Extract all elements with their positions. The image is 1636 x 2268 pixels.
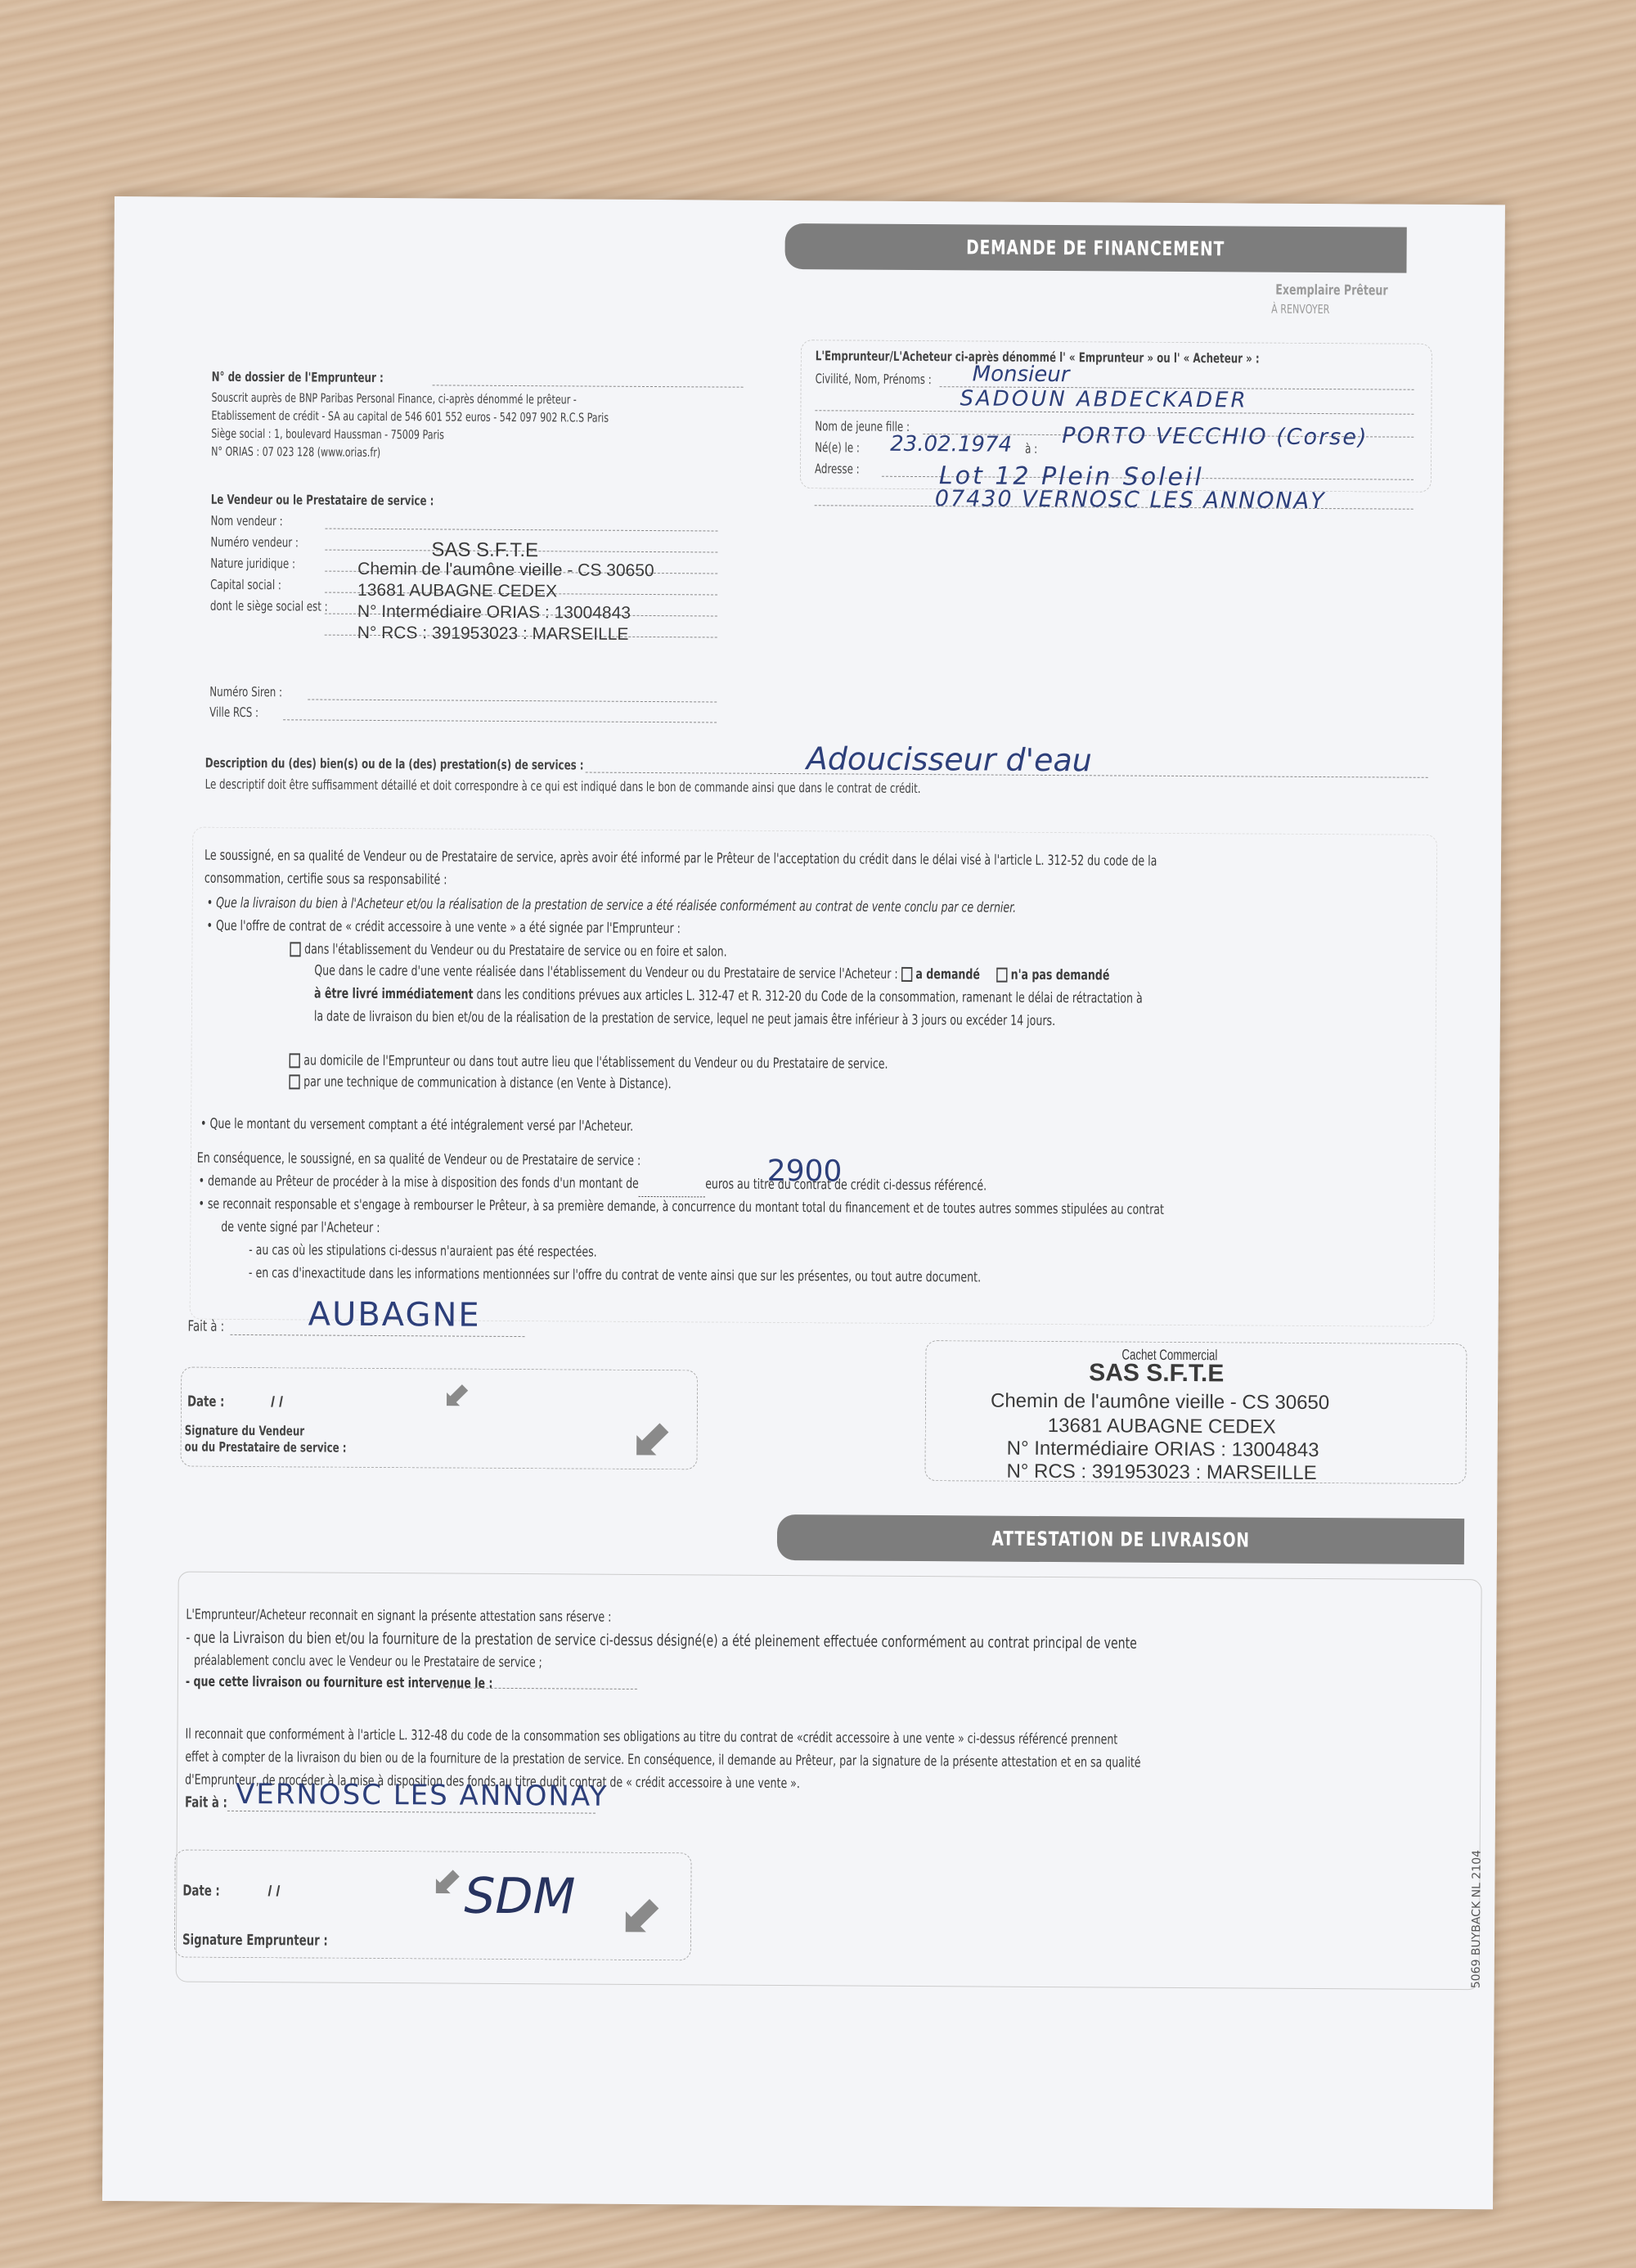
document-page: DEMANDE DE FINANCEMENT Exemplaire Prêteu… [102, 196, 1505, 2209]
vendor-field-label: dont le siège social est : [210, 598, 328, 614]
siren-field[interactable] [308, 699, 717, 702]
dossier-label: N° de dossier de l'Emprunteur : [212, 369, 384, 385]
document-title: DEMANDE DE FINANCEMENT [967, 236, 1225, 260]
description-value: Adoucisseur d'eau [807, 740, 1092, 778]
checkbox-distance[interactable] [289, 1074, 299, 1089]
lender-line-4: N° ORIAS : 07 023 128 (www.orias.fr) [211, 444, 380, 460]
description-label: Description du (des) bien(s) ou de la (d… [205, 755, 584, 773]
vendor-field-value: N° RCS : 391953023 : MARSEILLE [357, 623, 629, 645]
borrower-date-value[interactable]: / / [267, 1883, 280, 1900]
vendor-date-label: Date : [187, 1393, 225, 1411]
option1-sub3: la date de livraison du bien et/ou de la… [314, 1005, 1055, 1034]
vendor-date-value[interactable]: / / [271, 1393, 283, 1411]
lender-line-2: Etablissement de crédit - SA au capital … [211, 408, 609, 425]
checkbox-establishment[interactable] [290, 942, 300, 956]
borrower-made-at-label: Fait à : [185, 1794, 227, 1811]
borrower-signature-label: Signature Emprunteur : [182, 1932, 328, 1950]
siren-label: Numéro Siren : [209, 684, 282, 700]
vendor-field-value: Chemin de l'aumône vieille - CS 30650 [357, 560, 654, 581]
stamp-address-2: 13681 AUBAGNE CEDEX [1048, 1415, 1276, 1439]
option-distance: par une technique de communication à dis… [289, 1069, 671, 1096]
borrower-made-at-value: VERNOSC LES ANNONAY [236, 1778, 608, 1813]
vendor-field-input[interactable] [326, 529, 718, 532]
vendor-field-label: Capital social : [210, 577, 281, 593]
vendor-made-at-field[interactable] [231, 1334, 525, 1337]
checkbox-asked[interactable] [901, 967, 912, 982]
description-note: Le descriptif doit être suffisamment dét… [205, 776, 921, 796]
checkbox-domicile[interactable] [289, 1053, 299, 1068]
cert-intro-2: consommation, certifie sous sa responsab… [204, 866, 447, 893]
name-value: SADOUN ABDECKADER [960, 386, 1247, 412]
vendor-field-label: Nature juridique : [210, 556, 295, 572]
civility-value: Monsieur [973, 362, 1070, 387]
lender-line-3: Siège social : 1, boulevard Haussman - 7… [211, 426, 444, 443]
borrower-date-label: Date : [182, 1883, 220, 1900]
cert-bullet-2: • Que l'offre de contrat de « crédit acc… [206, 914, 681, 942]
case-2: - en cas d'inexactitude dans les informa… [249, 1261, 981, 1289]
stamp-rcs: N° RCS : 391953023 : MARSEILLE [1006, 1460, 1316, 1485]
liability-2: de vente signé par l'Acheteur : [221, 1215, 380, 1240]
sign-here-arrow-icon: ⬋ [443, 1376, 470, 1414]
born-date-value: 23.02.1974 [890, 432, 1012, 457]
sign-here-arrow-icon: ⬋ [631, 1411, 672, 1468]
vendor-field-value: SAS S.F.T.E [431, 538, 538, 562]
address-label: Adresse : [815, 461, 860, 476]
stamp-company: SAS S.F.T.E [1089, 1359, 1224, 1388]
vendor-heading: Le Vendeur ou le Prestataire de service … [211, 492, 434, 509]
lender-line-1: Souscrit auprès de BNP Paribas Personal … [211, 390, 576, 407]
stamp-address-1: Chemin de l'aumône vieille - CS 30650 [991, 1390, 1329, 1415]
cert-bullet-3: • Que le montant du versement comptant a… [200, 1112, 633, 1139]
rcs-label: Ville RCS : [209, 704, 258, 720]
attestation-item-2: - que cette livraison ou fourniture est … [186, 1670, 493, 1696]
born-place-value: PORTO VECCHIO (Corse) [1062, 423, 1368, 450]
born-label: Né(e) le : [815, 439, 860, 455]
title-banner: DEMANDE DE FINANCEMENT [784, 223, 1406, 273]
attestation-title: ATTESTATION DE LIVRAISON [991, 1528, 1250, 1552]
vendor-made-at-label: Fait à : [188, 1318, 225, 1335]
vendor-signature-label-2: ou du Prestataire de service : [185, 1439, 347, 1456]
sign-here-arrow-icon: ⬋ [431, 1861, 461, 1902]
address-value-2: 07430 VERNOSC LES ANNONAY [935, 486, 1326, 514]
side-code: 5069 BUYBACK NL 2104 [1470, 1850, 1484, 1988]
vendor-signature-label-1: Signature du Vendeur [185, 1423, 304, 1439]
stamp-orias: N° Intermédiaire ORIAS : 13004843 [1007, 1438, 1319, 1462]
attestation-banner: ATTESTATION DE LIVRAISON [777, 1514, 1464, 1564]
copy-label: Exemplaire Prêteur [1275, 282, 1387, 299]
vendor-field-label: Numéro vendeur : [210, 534, 299, 551]
amount-value: 2900 [767, 1154, 843, 1189]
vendor-field-value: N° Intermédiaire ORIAS : 13004843 [357, 602, 631, 623]
checkbox-not-asked[interactable] [996, 968, 1007, 983]
vendor-field-label: Nom vendeur : [211, 513, 283, 529]
vendor-made-at-value: AUBAGNE [308, 1295, 481, 1334]
copy-sub-label: À RENVOYER [1271, 302, 1329, 317]
sign-here-arrow-icon: ⬋ [619, 1885, 662, 1945]
born-at-label: à : [1025, 441, 1037, 457]
vendor-field-value: 13681 AUBAGNE CEDEX [357, 581, 557, 601]
rcs-field[interactable] [283, 719, 717, 722]
civility-label: Civilité, Nom, Prénoms : [816, 371, 932, 387]
dossier-field[interactable] [433, 385, 744, 387]
borrower-signature: SDM [464, 1868, 575, 1926]
